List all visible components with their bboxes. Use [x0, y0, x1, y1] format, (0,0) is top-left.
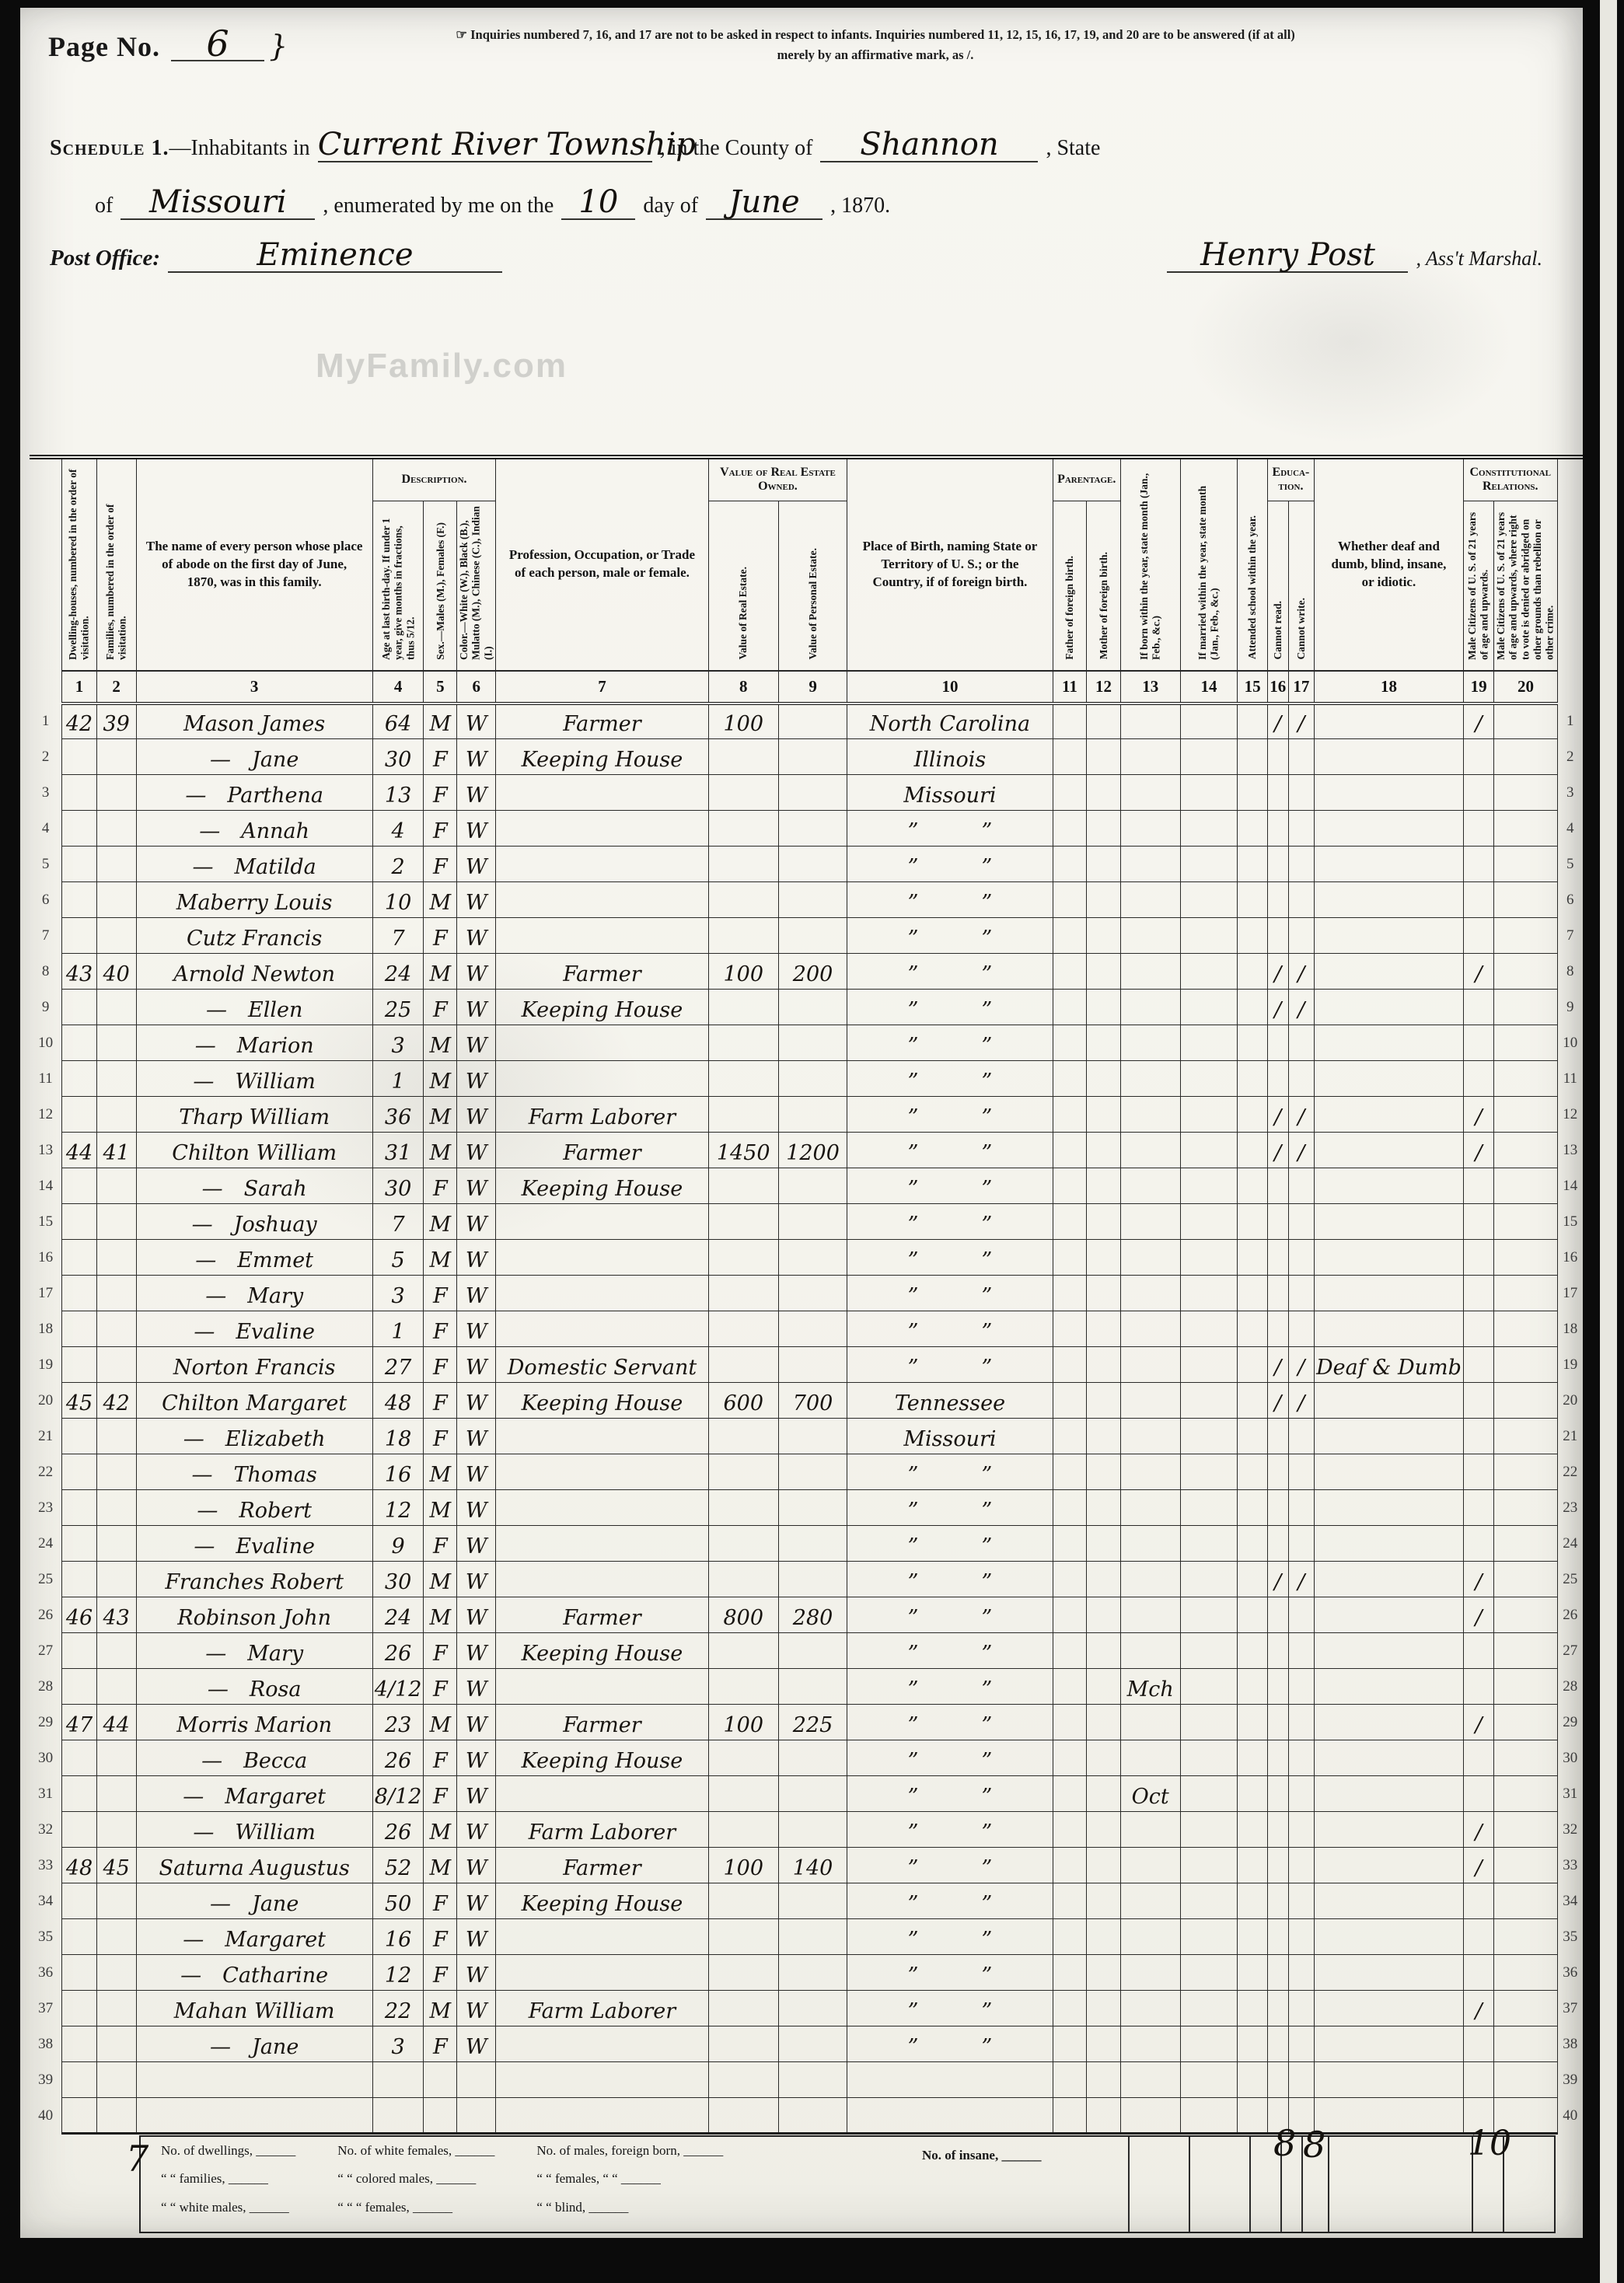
- cell-born-month: [1120, 739, 1180, 775]
- cell-color: W: [457, 1740, 496, 1776]
- cell-married-month: [1180, 1168, 1238, 1204]
- cell-deaf-dumb: [1315, 1061, 1464, 1097]
- cell-deaf-dumb: [1315, 1776, 1464, 1812]
- line-number-left: 36: [30, 1955, 62, 1991]
- cell-occupation: [496, 1490, 708, 1526]
- cell-mother-foreign: [1087, 811, 1121, 847]
- cell-male-citizen-denied: [1494, 703, 1557, 739]
- stat-line: “ “ colored males, ______: [337, 2171, 494, 2187]
- cell-name: Chilton William: [136, 1133, 372, 1168]
- cell-deaf-dumb: [1315, 1705, 1464, 1740]
- cell-school: [1238, 1133, 1267, 1168]
- total-male-citizens: 10: [1468, 2124, 1511, 2163]
- cell-cannot-write: [1288, 1669, 1314, 1705]
- cell-mother-foreign: [1087, 1955, 1121, 1991]
- cell-born-month: [1120, 1490, 1180, 1526]
- line-number-left: 40: [30, 2098, 62, 2134]
- cell-deaf-dumb: [1315, 1311, 1464, 1347]
- cell-age: 26: [372, 1633, 424, 1669]
- cell-color: W: [457, 1240, 496, 1276]
- cell-mother-foreign: [1087, 703, 1121, 739]
- col-header-age: Age at last birth-day. If under 1 year, …: [372, 501, 424, 671]
- cell-father-foreign: [1053, 1490, 1087, 1526]
- cell-occupation: [496, 1955, 708, 1991]
- cell-cannot-write: [1288, 1955, 1314, 1991]
- cell-deaf-dumb: [1315, 2026, 1464, 2062]
- cell-married-month: [1180, 2026, 1238, 2062]
- column-number: 7: [496, 671, 708, 703]
- cell-dwelling: [62, 1883, 96, 1919]
- cell-sex: F: [424, 1311, 457, 1347]
- table-row: 24— Evaline9FW” ”24: [30, 1526, 1583, 1562]
- cell-personal-estate: [778, 811, 847, 847]
- cell-birthplace: ” ”: [847, 847, 1053, 882]
- cell-sex: F: [424, 1919, 457, 1955]
- cell-birthplace: ” ”: [847, 1204, 1053, 1240]
- cell-male-citizen: [1463, 2026, 1493, 2062]
- cell-school: [1238, 1883, 1267, 1919]
- column-number: 6: [457, 671, 496, 703]
- table-row: 334845Saturna Augustus52MWFarmer100140” …: [30, 1848, 1583, 1883]
- table-row: 17— Mary3FW” ”17: [30, 1276, 1583, 1311]
- cell-cannot-write: [1288, 1705, 1314, 1740]
- cell-sex: M: [424, 1597, 457, 1633]
- line-number-right: 15: [1557, 1204, 1583, 1240]
- cell-deaf-dumb: [1315, 1812, 1464, 1848]
- cell-married-month: [1180, 1133, 1238, 1168]
- schedule-line-1: Schedule 1. —Inhabitants in Current Rive…: [50, 131, 1100, 162]
- cell-age: 64: [372, 703, 424, 739]
- cell-male-citizen-denied: [1494, 1883, 1557, 1919]
- table-row: 3— Parthena13FWMissouri3: [30, 775, 1583, 811]
- cell-father-foreign: [1053, 1419, 1087, 1454]
- cell-cannot-read: [1267, 847, 1288, 882]
- cell-personal-estate: [778, 1347, 847, 1383]
- cell-cannot-read: /: [1267, 1383, 1288, 1419]
- line-number-right: 32: [1557, 1812, 1583, 1848]
- cell-personal-estate: [778, 1204, 847, 1240]
- cell-family: [96, 1776, 136, 1812]
- table-row: 6Maberry Louis10MW” ”6: [30, 882, 1583, 918]
- line-number-left: 4: [30, 811, 62, 847]
- cell-real-estate: [708, 1454, 778, 1490]
- line-number-right: 17: [1557, 1276, 1583, 1311]
- cell-married-month: [1180, 1633, 1238, 1669]
- stats-column-c: No. of males, foreign born, ______ “ “ f…: [536, 2143, 723, 2215]
- cell-sex: F: [424, 1633, 457, 1669]
- cell-family: [96, 918, 136, 954]
- cell-sex: M: [424, 1240, 457, 1276]
- cell-color: W: [457, 954, 496, 990]
- col-header-male-citizens-denied: Male Citizens of U. S. of 21 years of ag…: [1494, 501, 1557, 671]
- cell-cannot-write: [1288, 2062, 1314, 2098]
- line-number-right: 28: [1557, 1669, 1583, 1705]
- group-constitutional: Constitutional Relations.: [1463, 457, 1557, 501]
- cell-personal-estate: [778, 2026, 847, 2062]
- table-row: 32— William26MWFarm Laborer” ”/32: [30, 1812, 1583, 1848]
- cell-deaf-dumb: [1315, 1133, 1464, 1168]
- cell-mother-foreign: [1087, 1204, 1121, 1240]
- line-number-left: 32: [30, 1812, 62, 1848]
- line-number-right: 16: [1557, 1240, 1583, 1276]
- cell-born-month: Mch: [1120, 1669, 1180, 1705]
- footer-divider: [1328, 2137, 1329, 2232]
- cell-real-estate: [708, 1562, 778, 1597]
- cell-birthplace: ” ”: [847, 1991, 1053, 2026]
- cell-age: 18: [372, 1419, 424, 1454]
- cell-name: — Mary: [136, 1633, 372, 1669]
- brace-mark: }: [269, 33, 288, 60]
- cell-school: [1238, 1454, 1267, 1490]
- cell-male-citizen-denied: [1494, 1133, 1557, 1168]
- cell-color: W: [457, 847, 496, 882]
- table-row: 84340Arnold Newton24MWFarmer100200” ”///…: [30, 954, 1583, 990]
- tally-mark: 7: [126, 2138, 148, 2180]
- cell-father-foreign: [1053, 2098, 1087, 2134]
- cell-family: [96, 1311, 136, 1347]
- cell-occupation: Keeping House: [496, 1383, 708, 1419]
- cell-name: — Evaline: [136, 1526, 372, 1562]
- cell-cannot-read: [1267, 811, 1288, 847]
- cell-birthplace: ” ”: [847, 1240, 1053, 1276]
- cell-occupation: [496, 1025, 708, 1061]
- cell-personal-estate: [778, 1490, 847, 1526]
- cell-age: 8/12: [372, 1776, 424, 1812]
- cell-married-month: [1180, 1097, 1238, 1133]
- cell-male-citizen: [1463, 882, 1493, 918]
- cell-male-citizen-denied: [1494, 1740, 1557, 1776]
- cell-age: 30: [372, 1168, 424, 1204]
- cell-personal-estate: 1200: [778, 1133, 847, 1168]
- cell-deaf-dumb: [1315, 1740, 1464, 1776]
- cell-father-foreign: [1053, 1562, 1087, 1597]
- cell-born-month: [1120, 1240, 1180, 1276]
- cell-sex: [424, 2062, 457, 2098]
- scan-background: { "page": { "label_page_no": "Page No.",…: [0, 0, 1624, 2283]
- line-number-left: 7: [30, 918, 62, 954]
- cell-deaf-dumb: [1315, 811, 1464, 847]
- cell-name: Mahan William: [136, 1991, 372, 2026]
- cell-real-estate: [708, 1991, 778, 2026]
- cell-sex: F: [424, 739, 457, 775]
- stat-line: “ “ white males, ______: [161, 2200, 295, 2215]
- schedule-line-2: of Missouri , enumerated by me on the 10…: [95, 188, 890, 220]
- cell-real-estate: [708, 1419, 778, 1454]
- cell-color: W: [457, 882, 496, 918]
- cell-family: 42: [96, 1383, 136, 1419]
- cell-age: 36: [372, 1097, 424, 1133]
- cell-name: — Mary: [136, 1276, 372, 1311]
- page-no-blank: 6: [171, 28, 264, 61]
- cell-born-month: [1120, 1848, 1180, 1883]
- cell-sex: F: [424, 1526, 457, 1562]
- line-number-right: 21: [1557, 1419, 1583, 1454]
- cell-married-month: [1180, 1955, 1238, 1991]
- cell-personal-estate: [778, 1025, 847, 1061]
- cell-male-citizen: [1463, 1168, 1493, 1204]
- cell-real-estate: 1450: [708, 1133, 778, 1168]
- cell-color: W: [457, 1168, 496, 1204]
- cell-father-foreign: [1053, 1883, 1087, 1919]
- cell-sex: F: [424, 1955, 457, 1991]
- line-number-right: 11: [1557, 1061, 1583, 1097]
- cell-cannot-read: [1267, 1025, 1288, 1061]
- cell-married-month: [1180, 739, 1238, 775]
- cell-dwelling: [62, 1419, 96, 1454]
- cell-occupation: Keeping House: [496, 1633, 708, 1669]
- col-header-birthplace: Place of Birth, naming State or Territor…: [847, 457, 1053, 671]
- cell-born-month: [1120, 918, 1180, 954]
- scan-edge-strip: [1600, 0, 1617, 2283]
- cell-family: [96, 1955, 136, 1991]
- cell-school: [1238, 1061, 1267, 1097]
- cell-male-citizen: /: [1463, 954, 1493, 990]
- instructions: ☞ Inquiries numbered 7, 16, and 17 are n…: [347, 25, 1404, 65]
- cell-sex: F: [424, 1347, 457, 1383]
- line-number-right: 23: [1557, 1490, 1583, 1526]
- cell-father-foreign: [1053, 1526, 1087, 1562]
- column-number: 4: [372, 671, 424, 703]
- cell-born-month: [1120, 1883, 1180, 1919]
- table-row: 36— Catharine12FW” ”36: [30, 1955, 1583, 1991]
- cell-male-citizen: [1463, 1383, 1493, 1419]
- cell-male-citizen: [1463, 1669, 1493, 1705]
- cell-age: 16: [372, 1454, 424, 1490]
- cell-born-month: [1120, 1311, 1180, 1347]
- cell-family: [96, 1919, 136, 1955]
- cell-dwelling: [62, 1276, 96, 1311]
- cell-school: [1238, 1919, 1267, 1955]
- cell-dwelling: [62, 2098, 96, 2134]
- cell-occupation: [496, 1919, 708, 1955]
- cell-mother-foreign: [1087, 1454, 1121, 1490]
- cell-male-citizen-denied: [1494, 954, 1557, 990]
- table-row: 22— Thomas16MW” ”22: [30, 1454, 1583, 1490]
- cell-name: Arnold Newton: [136, 954, 372, 990]
- table-row: 34— Jane50FWKeeping House” ”34: [30, 1883, 1583, 1919]
- cell-school: [1238, 1168, 1267, 1204]
- of-word: of: [95, 194, 113, 218]
- cell-deaf-dumb: [1315, 1955, 1464, 1991]
- table-row: 25Franches Robert30MW” ”///25: [30, 1562, 1583, 1597]
- cell-real-estate: [708, 1955, 778, 1991]
- cell-real-estate: 100: [708, 954, 778, 990]
- cell-father-foreign: [1053, 1919, 1087, 1955]
- column-number: 20: [1494, 671, 1557, 703]
- cell-male-citizen: [1463, 1025, 1493, 1061]
- cell-born-month: [1120, 1597, 1180, 1633]
- cell-sex: F: [424, 1740, 457, 1776]
- state-tail: , State: [1046, 136, 1100, 161]
- col-header-dwellings: Dwelling-houses, numbered in the order o…: [62, 457, 96, 671]
- schedule-lead: —Inhabitants in: [169, 136, 309, 161]
- table-row: 294744Morris Marion23MWFarmer100225” ”/2…: [30, 1705, 1583, 1740]
- cell-family: [96, 1883, 136, 1919]
- cell-cannot-read: [1267, 1526, 1288, 1562]
- column-number: 14: [1180, 671, 1238, 703]
- cell-dwelling: 44: [62, 1133, 96, 1168]
- footer-divider: [1189, 2137, 1190, 2232]
- cell-school: [1238, 1705, 1267, 1740]
- col-header-color: Color.—White (W.), Black (B.), Mulatto (…: [457, 501, 496, 671]
- line-number-right: 26: [1557, 1597, 1583, 1633]
- cell-school: [1238, 1955, 1267, 1991]
- cell-color: W: [457, 1097, 496, 1133]
- line-number-left: 24: [30, 1526, 62, 1562]
- cell-age: 12: [372, 1490, 424, 1526]
- cell-family: 44: [96, 1705, 136, 1740]
- cell-personal-estate: [778, 739, 847, 775]
- line-number-left: 10: [30, 1025, 62, 1061]
- column-number: 12: [1087, 671, 1121, 703]
- cell-married-month: [1180, 1454, 1238, 1490]
- line-number-left: 1: [30, 703, 62, 739]
- cell-birthplace: ” ”: [847, 811, 1053, 847]
- table-row: 11— William1MW” ”11: [30, 1061, 1583, 1097]
- cell-deaf-dumb: [1315, 1669, 1464, 1705]
- marshal-blank: Henry Post: [1167, 241, 1408, 273]
- county-blank: Shannon: [820, 131, 1038, 162]
- line-number-header-right: [1557, 457, 1583, 703]
- cell-personal-estate: [778, 1919, 847, 1955]
- cell-sex: M: [424, 1097, 457, 1133]
- cell-dwelling: [62, 1633, 96, 1669]
- col-header-families: Families, numbered in the order of visit…: [96, 457, 136, 671]
- cell-sex: F: [424, 1383, 457, 1419]
- cell-born-month: Oct: [1120, 1776, 1180, 1812]
- line-number-left: 27: [30, 1633, 62, 1669]
- cell-school: [1238, 703, 1267, 739]
- line-number-left: 28: [30, 1669, 62, 1705]
- cell-father-foreign: [1053, 1776, 1087, 1812]
- cell-mother-foreign: [1087, 1669, 1121, 1705]
- column-number: 9: [778, 671, 847, 703]
- cell-color: W: [457, 2026, 496, 2062]
- cell-male-citizen: [1463, 1061, 1493, 1097]
- cell-name: — Ellen: [136, 990, 372, 1025]
- cell-cannot-write: [1288, 1276, 1314, 1311]
- cell-born-month: [1120, 1633, 1180, 1669]
- cell-sex: M: [424, 954, 457, 990]
- cell-deaf-dumb: [1315, 1454, 1464, 1490]
- cell-mother-foreign: [1087, 1562, 1121, 1597]
- column-number: 18: [1315, 671, 1464, 703]
- line-number-right: 7: [1557, 918, 1583, 954]
- cell-mother-foreign: [1087, 1025, 1121, 1061]
- cell-real-estate: [708, 847, 778, 882]
- cell-name: Maberry Louis: [136, 882, 372, 918]
- cell-occupation: [496, 1526, 708, 1562]
- cell-color: W: [457, 918, 496, 954]
- cell-male-citizen-denied: [1494, 1955, 1557, 1991]
- cell-age: [372, 2062, 424, 2098]
- cell-family: [96, 1812, 136, 1848]
- cell-family: 39: [96, 703, 136, 739]
- cell-age: 7: [372, 918, 424, 954]
- cell-deaf-dumb: [1315, 2062, 1464, 2098]
- cell-father-foreign: [1053, 1633, 1087, 1669]
- cell-married-month: [1180, 1919, 1238, 1955]
- cell-age: 31: [372, 1133, 424, 1168]
- cell-male-citizen: [1463, 1419, 1493, 1454]
- column-number: 19: [1463, 671, 1493, 703]
- cell-school: [1238, 2062, 1267, 2098]
- post-office-value: Eminence: [257, 237, 413, 273]
- cell-occupation: [496, 1454, 708, 1490]
- cell-school: [1238, 739, 1267, 775]
- cell-deaf-dumb: [1315, 1883, 1464, 1919]
- cell-real-estate: [708, 2062, 778, 2098]
- cell-real-estate: [708, 1490, 778, 1526]
- cell-cannot-read: [1267, 1955, 1288, 1991]
- cell-color: W: [457, 1705, 496, 1740]
- column-number: 11: [1053, 671, 1087, 703]
- cell-name: Cutz Francis: [136, 918, 372, 954]
- table-row: 4040: [30, 2098, 1583, 2134]
- cell-age: 52: [372, 1848, 424, 1883]
- cell-personal-estate: [778, 1097, 847, 1133]
- cell-cannot-read: [1267, 1419, 1288, 1454]
- line-number-right: 25: [1557, 1562, 1583, 1597]
- cell-age: 12: [372, 1955, 424, 1991]
- cell-name: Franches Robert: [136, 1562, 372, 1597]
- cell-personal-estate: [778, 847, 847, 882]
- cell-father-foreign: [1053, 811, 1087, 847]
- cell-deaf-dumb: [1315, 1240, 1464, 1276]
- cell-dwelling: [62, 1812, 96, 1848]
- cell-married-month: [1180, 1204, 1238, 1240]
- cell-age: 2: [372, 847, 424, 882]
- cell-married-month: [1180, 1490, 1238, 1526]
- cell-married-month: [1180, 1883, 1238, 1919]
- cell-cannot-read: /: [1267, 990, 1288, 1025]
- cell-male-citizen-denied: [1494, 1097, 1557, 1133]
- line-number-left: 2: [30, 739, 62, 775]
- cell-cannot-write: [1288, 1848, 1314, 1883]
- cell-school: [1238, 1240, 1267, 1276]
- cell-male-citizen-denied: [1494, 1705, 1557, 1740]
- table-row: 37Mahan William22MWFarm Laborer” ”/37: [30, 1991, 1583, 2026]
- cell-father-foreign: [1053, 1204, 1087, 1240]
- cell-cannot-read: [1267, 1454, 1288, 1490]
- cell-male-citizen-denied: [1494, 1562, 1557, 1597]
- cell-real-estate: [708, 1168, 778, 1204]
- day-of-label: day of: [643, 194, 698, 218]
- cell-school: [1238, 882, 1267, 918]
- cell-school: [1238, 847, 1267, 882]
- cell-born-month: [1120, 847, 1180, 882]
- line-number-left: 31: [30, 1776, 62, 1812]
- column-number: 1: [62, 671, 96, 703]
- cell-married-month: [1180, 1240, 1238, 1276]
- cell-male-citizen: /: [1463, 1597, 1493, 1633]
- cell-age: 27: [372, 1347, 424, 1383]
- cell-born-month: [1120, 1740, 1180, 1776]
- cell-birthplace: ” ”: [847, 1597, 1053, 1633]
- cell-age: 30: [372, 739, 424, 775]
- cell-real-estate: 100: [708, 703, 778, 739]
- month-value: June: [728, 184, 799, 220]
- cell-dwelling: [62, 1240, 96, 1276]
- line-number-right: 31: [1557, 1776, 1583, 1812]
- cell-mother-foreign: [1087, 1168, 1121, 1204]
- cell-name: — Robert: [136, 1490, 372, 1526]
- cell-father-foreign: [1053, 1848, 1087, 1883]
- cell-sex: M: [424, 1204, 457, 1240]
- line-number-right: 2: [1557, 739, 1583, 775]
- cell-sex: F: [424, 847, 457, 882]
- cell-school: [1238, 1276, 1267, 1311]
